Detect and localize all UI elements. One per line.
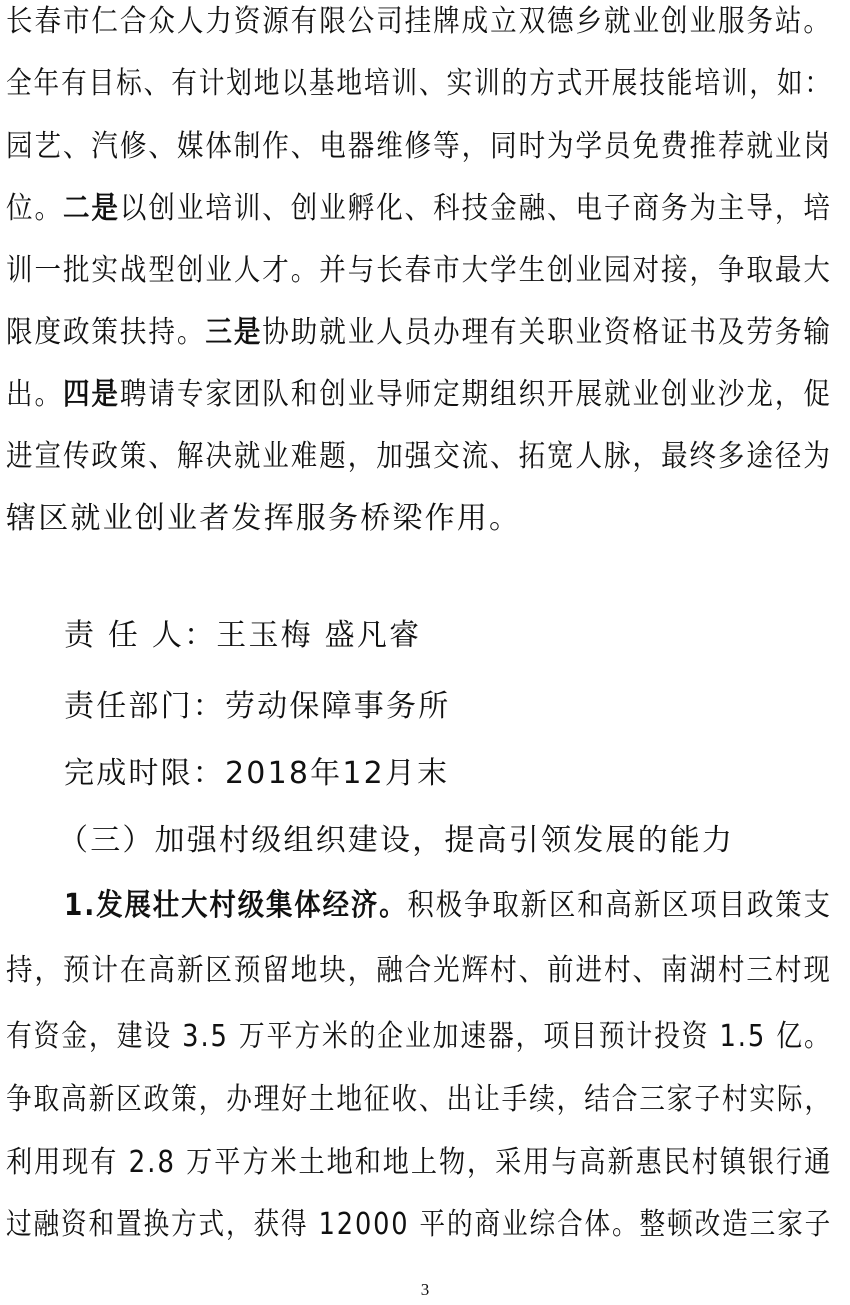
line-text: 限度政策扶持。 bbox=[6, 315, 205, 350]
bold-keyword: 三是 bbox=[205, 315, 262, 350]
bold-keyword: 二是 bbox=[63, 191, 120, 226]
responsible-person-value: 王玉梅 盛凡睿 bbox=[216, 618, 421, 653]
responsible-department-value: 劳动保障事务所 bbox=[225, 689, 450, 724]
subsection-title: 1.发展壮大村级集体经济。 bbox=[64, 888, 407, 923]
paragraph-line: 利用现有 2.8 万平方米土地和地上物，采用与高新惠民村镇银行通 bbox=[6, 1143, 832, 1183]
paragraph-line: 全年有目标、有计划地以基地培训、实训的方式开展技能培训，如： bbox=[6, 64, 832, 104]
paragraph-line: 有资金，建设 3.5 万平方米的企业加速器，项目预计投资 1.5 亿。 bbox=[6, 1017, 832, 1057]
paragraph-line: 辖区就业创业者发挥服务桥梁作用。 bbox=[6, 499, 521, 539]
line-text: 聘请专家团队和创业导师定期组织开展就业创业沙龙，促 bbox=[120, 377, 832, 412]
paragraph-line: 训一批实战型创业人才。并与长春市大学生创业园对接，争取最大 bbox=[6, 251, 832, 291]
line-text: 积极争取新区和高新区项目政策支 bbox=[407, 888, 831, 923]
responsible-person-label: 责 任 人： bbox=[64, 618, 216, 653]
deadline-label: 完成时限： bbox=[64, 756, 225, 791]
responsible-department-label: 责任部门： bbox=[64, 689, 225, 724]
line-text: 协助就业人员办理有关职业资格证书及劳务输 bbox=[262, 315, 832, 350]
deadline: 完成时限：2018年12月末 bbox=[64, 754, 449, 794]
paragraph-line: 争取高新区政策，办理好土地征收、出让手续，结合三家子村实际， bbox=[6, 1080, 832, 1120]
responsible-department: 责任部门：劳动保障事务所 bbox=[64, 687, 450, 727]
section-heading: （三）加强村级组织建设，提高引领发展的能力 bbox=[58, 821, 734, 861]
responsible-person: 责 任 人：王玉梅 盛凡睿 bbox=[64, 616, 421, 656]
paragraph-line: 限度政策扶持。三是协助就业人员办理有关职业资格证书及劳务输 bbox=[6, 313, 832, 353]
line-text: 位。 bbox=[6, 191, 63, 226]
paragraph-line: 过融资和置换方式，获得 12000 平的商业综合体。整顿改造三家子 bbox=[6, 1205, 832, 1245]
subsection-first-line: 1.发展壮大村级集体经济。积极争取新区和高新区项目政策支 bbox=[64, 886, 832, 926]
paragraph-line: 进宣传政策、解决就业难题，加强交流、拓宽人脉，最终多途径为 bbox=[6, 437, 832, 477]
paragraph-line: 位。二是以创业培训、创业孵化、科技金融、电子商务为主导，培 bbox=[6, 189, 832, 229]
line-text: 出。 bbox=[6, 377, 63, 412]
bold-keyword: 四是 bbox=[63, 377, 120, 412]
paragraph-line: 长春市仁合众人力资源有限公司挂牌成立双德乡就业创业服务站。 bbox=[6, 2, 832, 42]
paragraph-line: 持，预计在高新区预留地块，融合光辉村、前进村、南湖村三村现 bbox=[6, 951, 832, 991]
paragraph-line: 出。四是聘请专家团队和创业导师定期组织开展就业创业沙龙，促 bbox=[6, 375, 832, 415]
line-text: 以创业培训、创业孵化、科技金融、电子商务为主导，培 bbox=[120, 191, 832, 226]
deadline-value: 2018年12月末 bbox=[225, 756, 449, 791]
paragraph-line: 园艺、汽修、媒体制作、电器维修等，同时为学员免费推荐就业岗 bbox=[6, 127, 832, 167]
document-page: 长春市仁合众人力资源有限公司挂牌成立双德乡就业创业服务站。 全年有目标、有计划地… bbox=[0, 0, 850, 1305]
page-number: 3 bbox=[0, 1280, 850, 1300]
